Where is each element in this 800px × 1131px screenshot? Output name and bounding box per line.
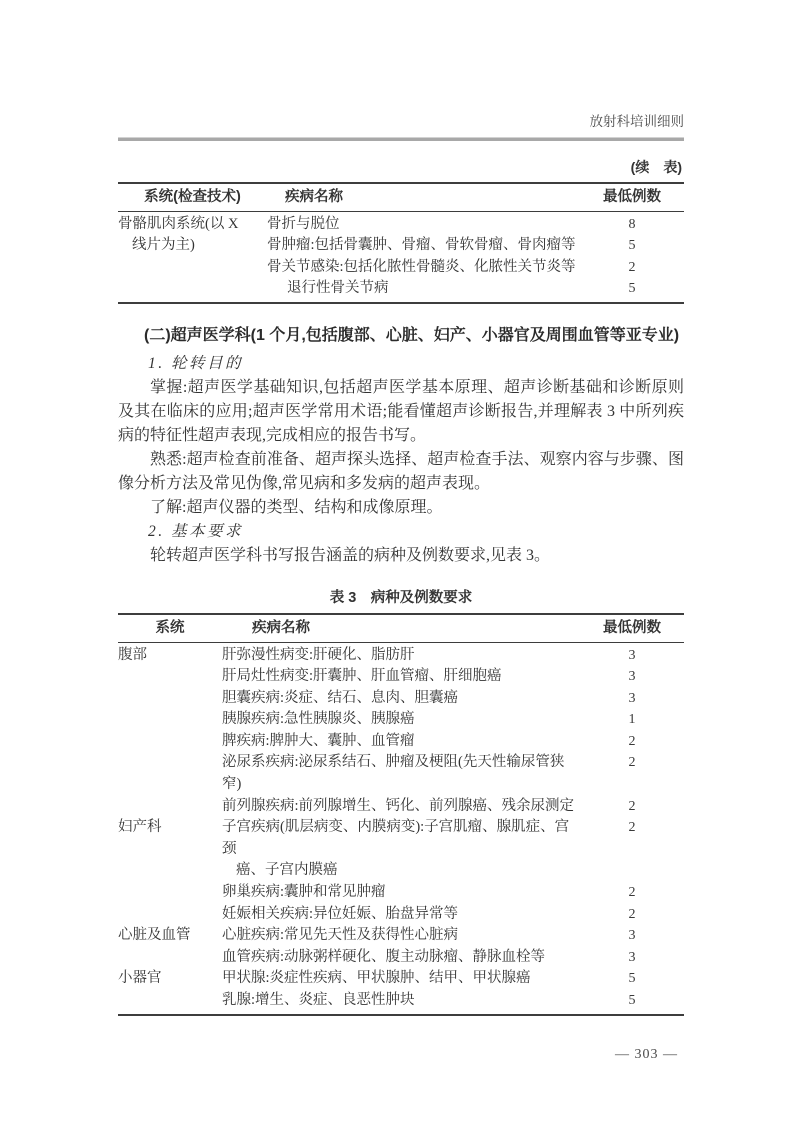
count-cell: 2 (580, 817, 684, 882)
header-rule (118, 137, 684, 141)
table-row: 泌尿系疾病:泌尿系结石、肿瘤及梗阻(先天性输尿管狭窄) 2 (118, 752, 684, 795)
system-cell (118, 688, 222, 710)
section-item-rotation-purpose: 1. 轮转目的 (118, 352, 684, 376)
disease-cell: 甲状腺:炎症性疾病、甲状腺肿、结甲、甲状腺癌 (222, 968, 580, 990)
system-cell: 妇产科 (118, 817, 222, 882)
table-row: 前列腺疾病:前列腺增生、钙化、前列腺癌、残余尿测定 2 (118, 796, 684, 818)
disease-cell: 血管疾病:动脉粥样硬化、腹主动脉瘤、静脉血栓等 (222, 947, 580, 969)
disease-cell: 肝弥漫性病变:肝硬化、脂肪肝 (222, 645, 580, 667)
table-row: 小器官 甲状腺:炎症性疾病、甲状腺肿、结甲、甲状腺癌 5 (118, 968, 684, 990)
system-cell: 心脏及血管 (118, 925, 222, 947)
table-row: 线片为主) 骨肿瘤:包括骨囊肿、骨瘤、骨软骨瘤、骨肉瘤等 5 (118, 235, 684, 257)
disease-cell: 骨肿瘤:包括骨囊肿、骨瘤、骨软骨瘤、骨肉瘤等 (267, 235, 580, 257)
table-row: 血管疾病:动脉粥样硬化、腹主动脉瘤、静脉血栓等 3 (118, 947, 684, 969)
header-system: 系统(检查技术) (118, 188, 267, 206)
disease-cell: 泌尿系疾病:泌尿系结石、肿瘤及梗阻(先天性输尿管狭窄) (222, 752, 580, 795)
disease-line-1: 子宫疾病(肌层病变、内膜病变):子宫肌瘤、腺肌症、宫颈 (222, 817, 580, 860)
header-min-cases: 最低例数 (580, 188, 684, 206)
count-cell: 8 (580, 214, 684, 236)
disease-cell: 退行性骨关节病 (267, 278, 580, 300)
system-cell (118, 666, 222, 688)
disease-cell: 胰腺疾病:急性胰腺炎、胰腺癌 (222, 709, 580, 731)
running-head: 放射科培训细则 (118, 113, 684, 131)
table3: 系统 疾病名称 最低例数 腹部 肝弥漫性病变:肝硬化、脂肪肝 3 肝局灶性病变:… (118, 613, 684, 1016)
table-row: 骨骼肌肉系统(以 X 骨折与脱位 8 (118, 214, 684, 236)
system-cell (118, 947, 222, 969)
system-cell (118, 752, 222, 795)
table-row: 妊娠相关疾病:异位妊娠、胎盘异常等 2 (118, 904, 684, 926)
count-cell: 3 (580, 925, 684, 947)
header-system: 系统 (118, 619, 222, 637)
count-cell: 3 (580, 688, 684, 710)
system-cell: 线片为主) (118, 235, 267, 257)
count-cell: 5 (580, 278, 684, 300)
continued-table: 系统(检查技术) 疾病名称 最低例数 骨骼肌肉系统(以 X 骨折与脱位 8 线片… (118, 182, 684, 304)
system-cell: 腹部 (118, 645, 222, 667)
table-row: 乳腺:增生、炎症、良恶性肿块 5 (118, 990, 684, 1012)
table-row: 脾疾病:脾肿大、囊肿、血管瘤 2 (118, 731, 684, 753)
system-cell: 骨骼肌肉系统(以 X (118, 214, 267, 236)
system-cell (118, 904, 222, 926)
system-cell (118, 990, 222, 1012)
disease-cell: 骨折与脱位 (267, 214, 580, 236)
count-cell: 2 (580, 731, 684, 753)
disease-cell: 心脏疾病:常见先天性及获得性心脏病 (222, 925, 580, 947)
section-item-basic-requirements: 2. 基本要求 (118, 520, 684, 544)
system-cell: 小器官 (118, 968, 222, 990)
system-cell (118, 709, 222, 731)
count-cell: 2 (580, 796, 684, 818)
table-row: 骨关节感染:包括化脓性骨髓炎、化脓性关节炎等 2 (118, 257, 684, 279)
disease-cell: 肝局灶性病变:肝囊肿、肝血管瘤、肝细胞癌 (222, 666, 580, 688)
paragraph-requirement: 轮转超声医学科书写报告涵盖的病种及例数要求,见表 3。 (118, 544, 684, 568)
count-cell: 2 (580, 904, 684, 926)
disease-cell: 子宫疾病(肌层病变、内膜病变):子宫肌瘤、腺肌症、宫颈 癌、子宫内膜癌 (222, 817, 580, 882)
table-row: 退行性骨关节病 5 (118, 278, 684, 300)
count-cell: 3 (580, 947, 684, 969)
disease-cell: 胆囊疾病:炎症、结石、息肉、胆囊癌 (222, 688, 580, 710)
count-cell: 5 (580, 968, 684, 990)
disease-cell: 卵巢疾病:囊肿和常见肿瘤 (222, 882, 580, 904)
table-row: 胆囊疾病:炎症、结石、息肉、胆囊癌 3 (118, 688, 684, 710)
table-row: 肝局灶性病变:肝囊肿、肝血管瘤、肝细胞癌 3 (118, 666, 684, 688)
table-body: 腹部 肝弥漫性病变:肝硬化、脂肪肝 3 肝局灶性病变:肝囊肿、肝血管瘤、肝细胞癌… (118, 643, 684, 1014)
system-cell (118, 257, 267, 279)
disease-cell: 骨关节感染:包括化脓性骨髓炎、化脓性关节炎等 (267, 257, 580, 279)
table-row: 妇产科 子宫疾病(肌层病变、内膜病变):子宫肌瘤、腺肌症、宫颈 癌、子宫内膜癌 … (118, 817, 684, 882)
table-row: 胰腺疾病:急性胰腺炎、胰腺癌 1 (118, 709, 684, 731)
system-cell (118, 731, 222, 753)
paragraph-understand: 了解:超声仪器的类型、结构和成像原理。 (118, 496, 684, 520)
table-header-row: 系统(检查技术) 疾病名称 最低例数 (118, 184, 684, 212)
system-cell (118, 882, 222, 904)
table-header-row: 系统 疾病名称 最低例数 (118, 615, 684, 643)
table3-caption: 表 3 病种及例数要求 (118, 589, 684, 607)
system-cell (118, 278, 267, 300)
section-ultrasound: (二)超声医学科(1 个月,包括腹部、心脏、妇产、小器官及周围血管等亚专业) 1… (118, 324, 684, 568)
header-min-cases: 最低例数 (580, 619, 684, 637)
section-heading: (二)超声医学科(1 个月,包括腹部、心脏、妇产、小器官及周围血管等亚专业) (118, 324, 684, 348)
header-disease: 疾病名称 (267, 188, 580, 206)
count-cell: 2 (580, 882, 684, 904)
paragraph-familiar: 熟悉:超声检查前准备、超声探头选择、超声检查手法、观察内容与步骤、图像分析方法及… (118, 448, 684, 496)
disease-cell: 前列腺疾病:前列腺增生、钙化、前列腺癌、残余尿测定 (222, 796, 580, 818)
count-cell: 3 (580, 645, 684, 667)
table-row: 腹部 肝弥漫性病变:肝硬化、脂肪肝 3 (118, 645, 684, 667)
count-cell: 3 (580, 666, 684, 688)
paragraph-master: 掌握:超声医学基础知识,包括超声医学基本原理、超声诊断基础和诊断原则及其在临床的… (118, 376, 684, 448)
table-row: 卵巢疾病:囊肿和常见肿瘤 2 (118, 882, 684, 904)
disease-line-2: 癌、子宫内膜癌 (222, 860, 580, 882)
count-cell: 5 (580, 990, 684, 1012)
count-cell: 5 (580, 235, 684, 257)
count-cell: 2 (580, 752, 684, 795)
header-disease: 疾病名称 (222, 619, 580, 637)
count-cell: 2 (580, 257, 684, 279)
page-number: — 303 — (118, 1047, 684, 1063)
disease-cell: 乳腺:增生、炎症、良恶性肿块 (222, 990, 580, 1012)
document-page: 放射科培训细则 (续 表) 系统(检查技术) 疾病名称 最低例数 骨骼肌肉系统(… (118, 0, 684, 1063)
count-cell: 1 (580, 709, 684, 731)
disease-cell: 妊娠相关疾病:异位妊娠、胎盘异常等 (222, 904, 580, 926)
continued-table-note: (续 表) (118, 158, 684, 176)
table-row: 心脏及血管 心脏疾病:常见先天性及获得性心脏病 3 (118, 925, 684, 947)
disease-cell: 脾疾病:脾肿大、囊肿、血管瘤 (222, 731, 580, 753)
table-body: 骨骼肌肉系统(以 X 骨折与脱位 8 线片为主) 骨肿瘤:包括骨囊肿、骨瘤、骨软… (118, 212, 684, 302)
system-cell (118, 796, 222, 818)
